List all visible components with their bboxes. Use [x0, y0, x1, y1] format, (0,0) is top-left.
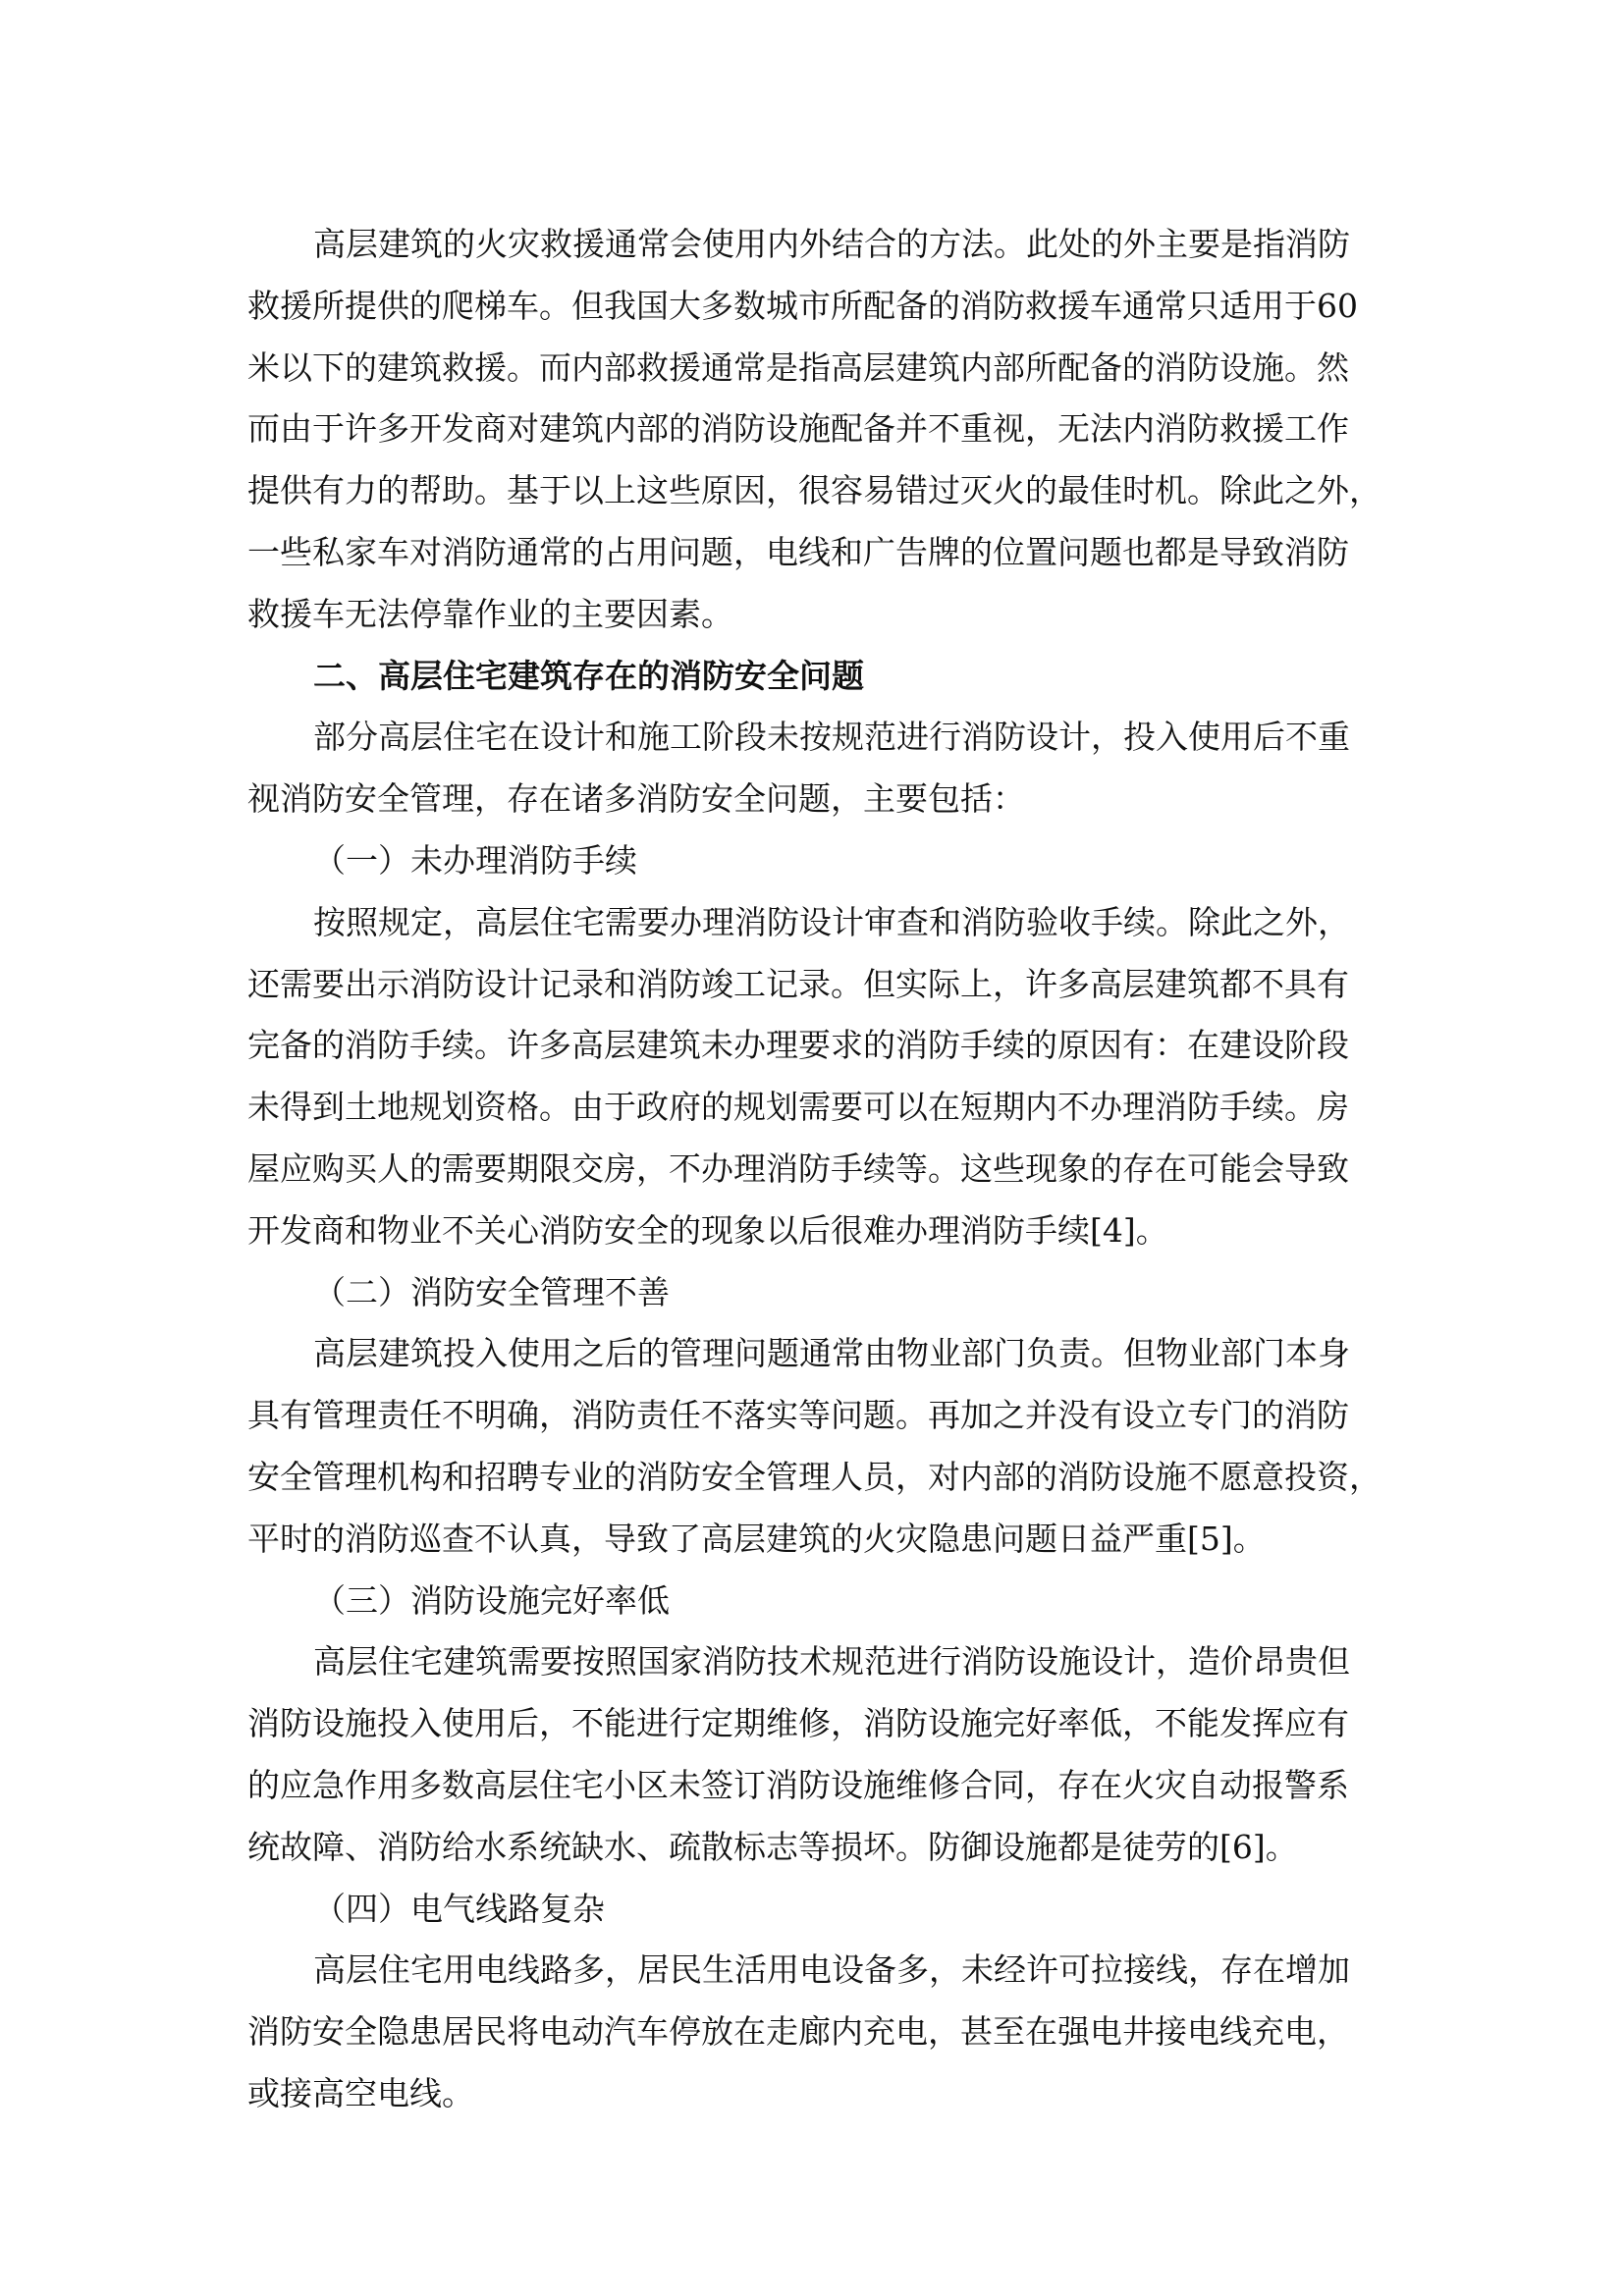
text-line: 消防设施投入使用后，不能进行定期维修，消防设施完好率低，不能发挥应有 [247, 1703, 1367, 1765]
text-line: 高层建筑投入使用之后的管理问题通常由物业部门负责。但物业部门本身 [247, 1333, 1367, 1395]
text-line: 一些私家车对消防通常的占用问题，电线和广告牌的位置问题也都是导致消防 [247, 532, 1367, 594]
subheading-2: （二）消防安全管理不善 [247, 1272, 1367, 1334]
text-line: 安全管理机构和招聘专业的消防安全管理人员，对内部的消防设施不愿意投资， [247, 1457, 1367, 1519]
text-line: 按照规定，高层住宅需要办理消防设计审查和消防验收手续。除此之外， [247, 902, 1367, 964]
text-line: 高层建筑的火灾救援通常会使用内外结合的方法。此处的外主要是指消防 [247, 224, 1367, 286]
paragraph-facilities: 高层住宅建筑需要按照国家消防技术规范进行消防设施设计，造价昂贵但 消防设施投入使… [247, 1641, 1367, 1888]
text-line: 救援所提供的爬梯车。但我国大多数城市所配备的消防救援车通常只适用于60 [247, 286, 1367, 347]
text-line: 具有管理责任不明确，消防责任不落实等问题。再加之并没有设立专门的消防 [247, 1395, 1367, 1457]
text-line: 视消防安全管理，存在诸多消防安全问题，主要包括： [247, 778, 1367, 840]
text-line: 救援车无法停靠作业的主要因素。 [247, 594, 1367, 656]
text-line: 的应急作用多数高层住宅小区未签订消防设施维修合同，存在火灾自动报警系 [247, 1765, 1367, 1827]
text-line: 统故障、消防给水系统缺水、疏散标志等损坏。防御设施都是徒劳的[6]。 [247, 1827, 1367, 1889]
text-line: 或接高空电线。 [247, 2073, 1367, 2135]
text-line: 高层住宅建筑需要按照国家消防技术规范进行消防设施设计，造价昂贵但 [247, 1641, 1367, 1703]
text-line: 平时的消防巡查不认真，导致了高层建筑的火灾隐患问题日益严重[5]。 [247, 1519, 1367, 1580]
text-line: 屋应购买人的需要期限交房，不办理消防手续等。这些现象的存在可能会导致 [247, 1148, 1367, 1210]
paragraph-electrical: 高层住宅用电线路多，居民生活用电设备多，未经许可拉接线，存在增加 消防安全隐患居… [247, 1949, 1367, 2134]
subheading-1: （一）未办理消防手续 [247, 840, 1367, 902]
paragraph-management: 高层建筑投入使用之后的管理问题通常由物业部门负责。但物业部门本身 具有管理责任不… [247, 1333, 1367, 1579]
paragraph-procedures: 按照规定，高层住宅需要办理消防设计审查和消防验收手续。除此之外， 还需要出示消防… [247, 902, 1367, 1272]
text-line: 完备的消防手续。许多高层建筑未办理要求的消防手续的原因有：在建设阶段 [247, 1025, 1367, 1087]
text-line: 提供有力的帮助。基于以上这些原因，很容易错过灭火的最佳时机。除此之外， [247, 470, 1367, 532]
text-line: 未得到土地规划资格。由于政府的规划需要可以在短期内不办理消防手续。房 [247, 1087, 1367, 1148]
text-line: 开发商和物业不关心消防安全的现象以后很难办理消防手续[4]。 [247, 1210, 1367, 1272]
text-line: 而由于许多开发商对建筑内部的消防设施配备并不重视，无法内消防救援工作 [247, 408, 1367, 470]
text-line: 高层住宅用电线路多，居民生活用电设备多，未经许可拉接线，存在增加 [247, 1949, 1367, 2011]
subheading-4: （四）电气线路复杂 [247, 1889, 1367, 1950]
document-page: 高层建筑的火灾救援通常会使用内外结合的方法。此处的外主要是指消防 救援所提供的爬… [247, 224, 1367, 2135]
paragraph-intro: 部分高层住宅在设计和施工阶段未按规范进行消防设计，投入使用后不重 视消防安全管理… [247, 717, 1367, 840]
text-line: 部分高层住宅在设计和施工阶段未按规范进行消防设计，投入使用后不重 [247, 717, 1367, 778]
section-heading: 二、高层住宅建筑存在的消防安全问题 [247, 656, 1367, 718]
text-line: 米以下的建筑救援。而内部救援通常是指高层建筑内部所配备的消防设施。然 [247, 347, 1367, 409]
text-line: 消防安全隐患居民将电动汽车停放在走廊内充电，甚至在强电井接电线充电， [247, 2011, 1367, 2073]
paragraph-fire-rescue: 高层建筑的火灾救援通常会使用内外结合的方法。此处的外主要是指消防 救援所提供的爬… [247, 224, 1367, 656]
subheading-3: （三）消防设施完好率低 [247, 1580, 1367, 1642]
text-line: 还需要出示消防设计记录和消防竣工记录。但实际上，许多高层建筑都不具有 [247, 964, 1367, 1026]
